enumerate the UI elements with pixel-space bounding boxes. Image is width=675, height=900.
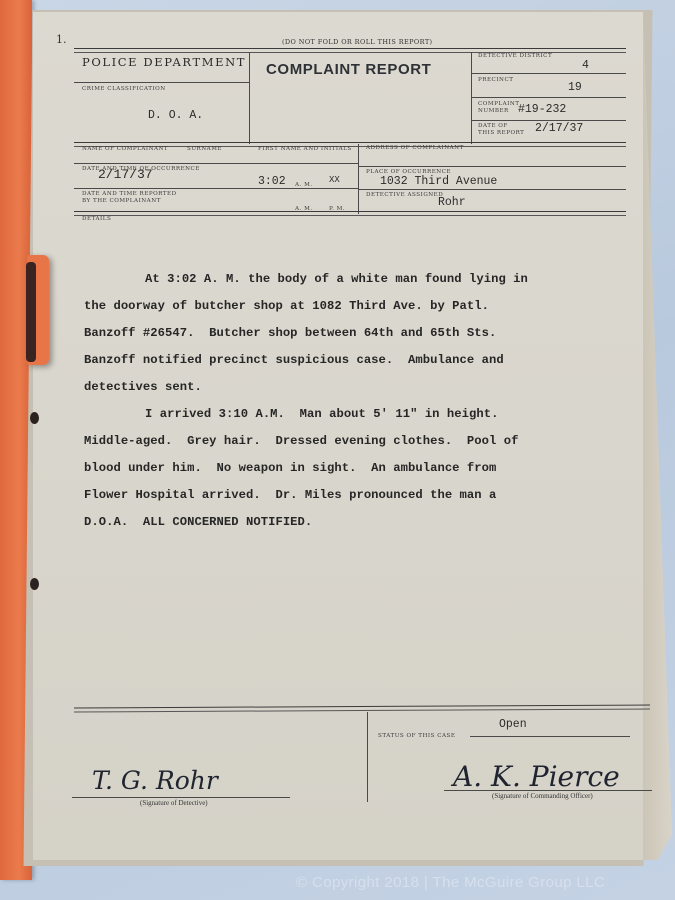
first-name-label: FIRST NAME AND INITIALS bbox=[258, 146, 352, 153]
divider bbox=[74, 82, 249, 83]
fold-notice: (DO NOT FOLD OR ROLL THIS REPORT) bbox=[282, 38, 433, 46]
crime-classification-value: D. O. A. bbox=[148, 109, 203, 122]
divider bbox=[471, 120, 626, 121]
divider bbox=[74, 163, 358, 164]
section-rule bbox=[74, 211, 626, 216]
details-line: Banzoff notified precinct suspicious cas… bbox=[84, 347, 604, 374]
details-line: Middle-aged. Grey hair. Dressed evening … bbox=[84, 428, 604, 455]
punch-hole bbox=[30, 412, 39, 424]
divider bbox=[471, 73, 626, 74]
case-status-value: Open bbox=[499, 718, 527, 731]
detective-district-value: 4 bbox=[582, 59, 589, 72]
detective-assigned-label: DETECTIVE ASSIGNED bbox=[366, 192, 443, 199]
divider bbox=[74, 188, 358, 189]
report-title: COMPLAINT REPORT bbox=[266, 61, 431, 78]
divider bbox=[249, 52, 250, 144]
divider bbox=[358, 144, 359, 214]
place-of-occurrence-value: 1032 Third Avenue bbox=[380, 175, 497, 188]
pm-struck-out: XX bbox=[329, 175, 340, 185]
date-of-report-label-1: DATE OF bbox=[478, 123, 508, 130]
complaint-number-label-1: COMPLAINT bbox=[478, 101, 519, 108]
details-line: the doorway of butcher shop at 1082 Thir… bbox=[84, 293, 604, 320]
divider bbox=[367, 712, 368, 802]
complaint-number-value: #19-232 bbox=[518, 103, 566, 116]
details-line: Flower Hospital arrived. Dr. Miles prono… bbox=[84, 482, 604, 509]
case-status-label: STATUS OF THIS CASE bbox=[378, 733, 455, 740]
reported-datetime-label-2: BY THE COMPLAINANT bbox=[82, 198, 161, 205]
details-text: At 3:02 A. M. the body of a white man fo… bbox=[84, 266, 604, 536]
folder-tear bbox=[26, 262, 36, 362]
divider bbox=[358, 166, 626, 167]
detective-signature: T. G. Rohr bbox=[92, 766, 218, 795]
copyright-watermark: © Copyright 2018 | The McGuire Group LLC bbox=[296, 874, 605, 891]
details-label: DETAILS bbox=[82, 216, 111, 223]
commanding-officer-signature: A. K. Pierce bbox=[453, 760, 620, 793]
detective-assigned-value: Rohr bbox=[438, 196, 466, 209]
signature-line bbox=[72, 797, 290, 798]
details-line: At 3:02 A. M. the body of a white man fo… bbox=[84, 266, 604, 293]
details-line: detectives sent. bbox=[84, 374, 604, 401]
status-line bbox=[470, 736, 630, 737]
complaint-number-label-2: NUMBER bbox=[478, 108, 509, 115]
precinct-value: 19 bbox=[568, 81, 582, 94]
date-of-report-value: 2/17/37 bbox=[535, 122, 583, 135]
occurrence-time-value: 3:02 bbox=[258, 175, 286, 188]
department-name: POLICE DEPARTMENT bbox=[82, 55, 246, 69]
occurrence-date-value: 2/17/37 bbox=[98, 167, 153, 182]
detective-district-label: DETECTIVE DISTRICT bbox=[478, 53, 552, 60]
reported-datetime-label-1: DATE AND TIME REPORTED bbox=[82, 191, 177, 198]
complainant-address-label: ADDRESS OF COMPLAINANT bbox=[366, 145, 464, 152]
detective-signature-caption: (Signature of Detective) bbox=[140, 799, 208, 807]
details-line: I arrived 3:10 A.M. Man about 5' 11" in … bbox=[84, 401, 604, 428]
punch-hole bbox=[30, 578, 39, 590]
divider bbox=[471, 52, 472, 144]
divider bbox=[471, 97, 626, 98]
page-number-mark: 1. bbox=[56, 33, 67, 46]
details-line: blood under him. No weapon in sight. An … bbox=[84, 455, 604, 482]
surname-label: SURNAME bbox=[187, 146, 222, 153]
complainant-name-label: NAME OF COMPLAINANT bbox=[82, 146, 168, 153]
commanding-officer-signature-caption: (Signature of Commanding Officer) bbox=[492, 792, 593, 800]
signature-line bbox=[444, 790, 652, 791]
details-line: Banzoff #26547. Butcher shop between 64t… bbox=[84, 320, 604, 347]
crime-classification-label: CRIME CLASSIFICATION bbox=[82, 86, 166, 93]
details-line: D.O.A. ALL CONCERNED NOTIFIED. bbox=[84, 509, 604, 536]
date-of-report-label-2: THIS REPORT bbox=[478, 130, 524, 137]
divider bbox=[358, 189, 626, 190]
precinct-label: PRECINCT bbox=[478, 77, 513, 84]
